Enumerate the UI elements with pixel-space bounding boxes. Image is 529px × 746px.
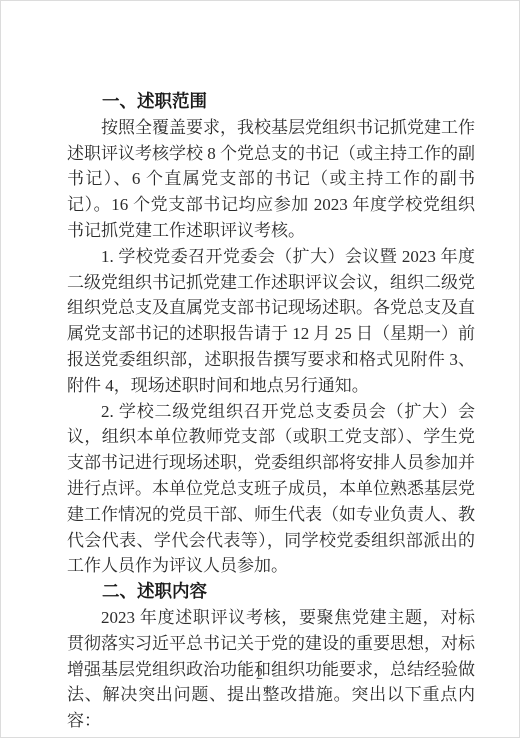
page-number: - 2 - <box>1 666 521 686</box>
paragraph-item-1: 1. 学校党委召开党委会（扩大）会议暨 2023 年度二级党组织书记抓党建工作述… <box>67 244 475 399</box>
section-heading-content: 二、述职内容 <box>67 579 475 605</box>
paragraph-item-2: 2. 学校二级党组织召开党总支委员会（扩大）会议，组织本单位教师党支部（或职工党… <box>67 399 475 580</box>
document-content: 一、述职范围 按照全覆盖要求，我校基层党组织书记抓党建工作述职评议考核学校 8 … <box>67 89 475 734</box>
document-page: 一、述职范围 按照全覆盖要求，我校基层党组织书记抓党建工作述职评议考核学校 8 … <box>0 0 520 738</box>
paragraph-scope-intro: 按照全覆盖要求，我校基层党组织书记抓党建工作述职评议考核学校 8 个党总支的书记… <box>67 115 475 244</box>
section-heading-scope: 一、述职范围 <box>67 89 475 115</box>
